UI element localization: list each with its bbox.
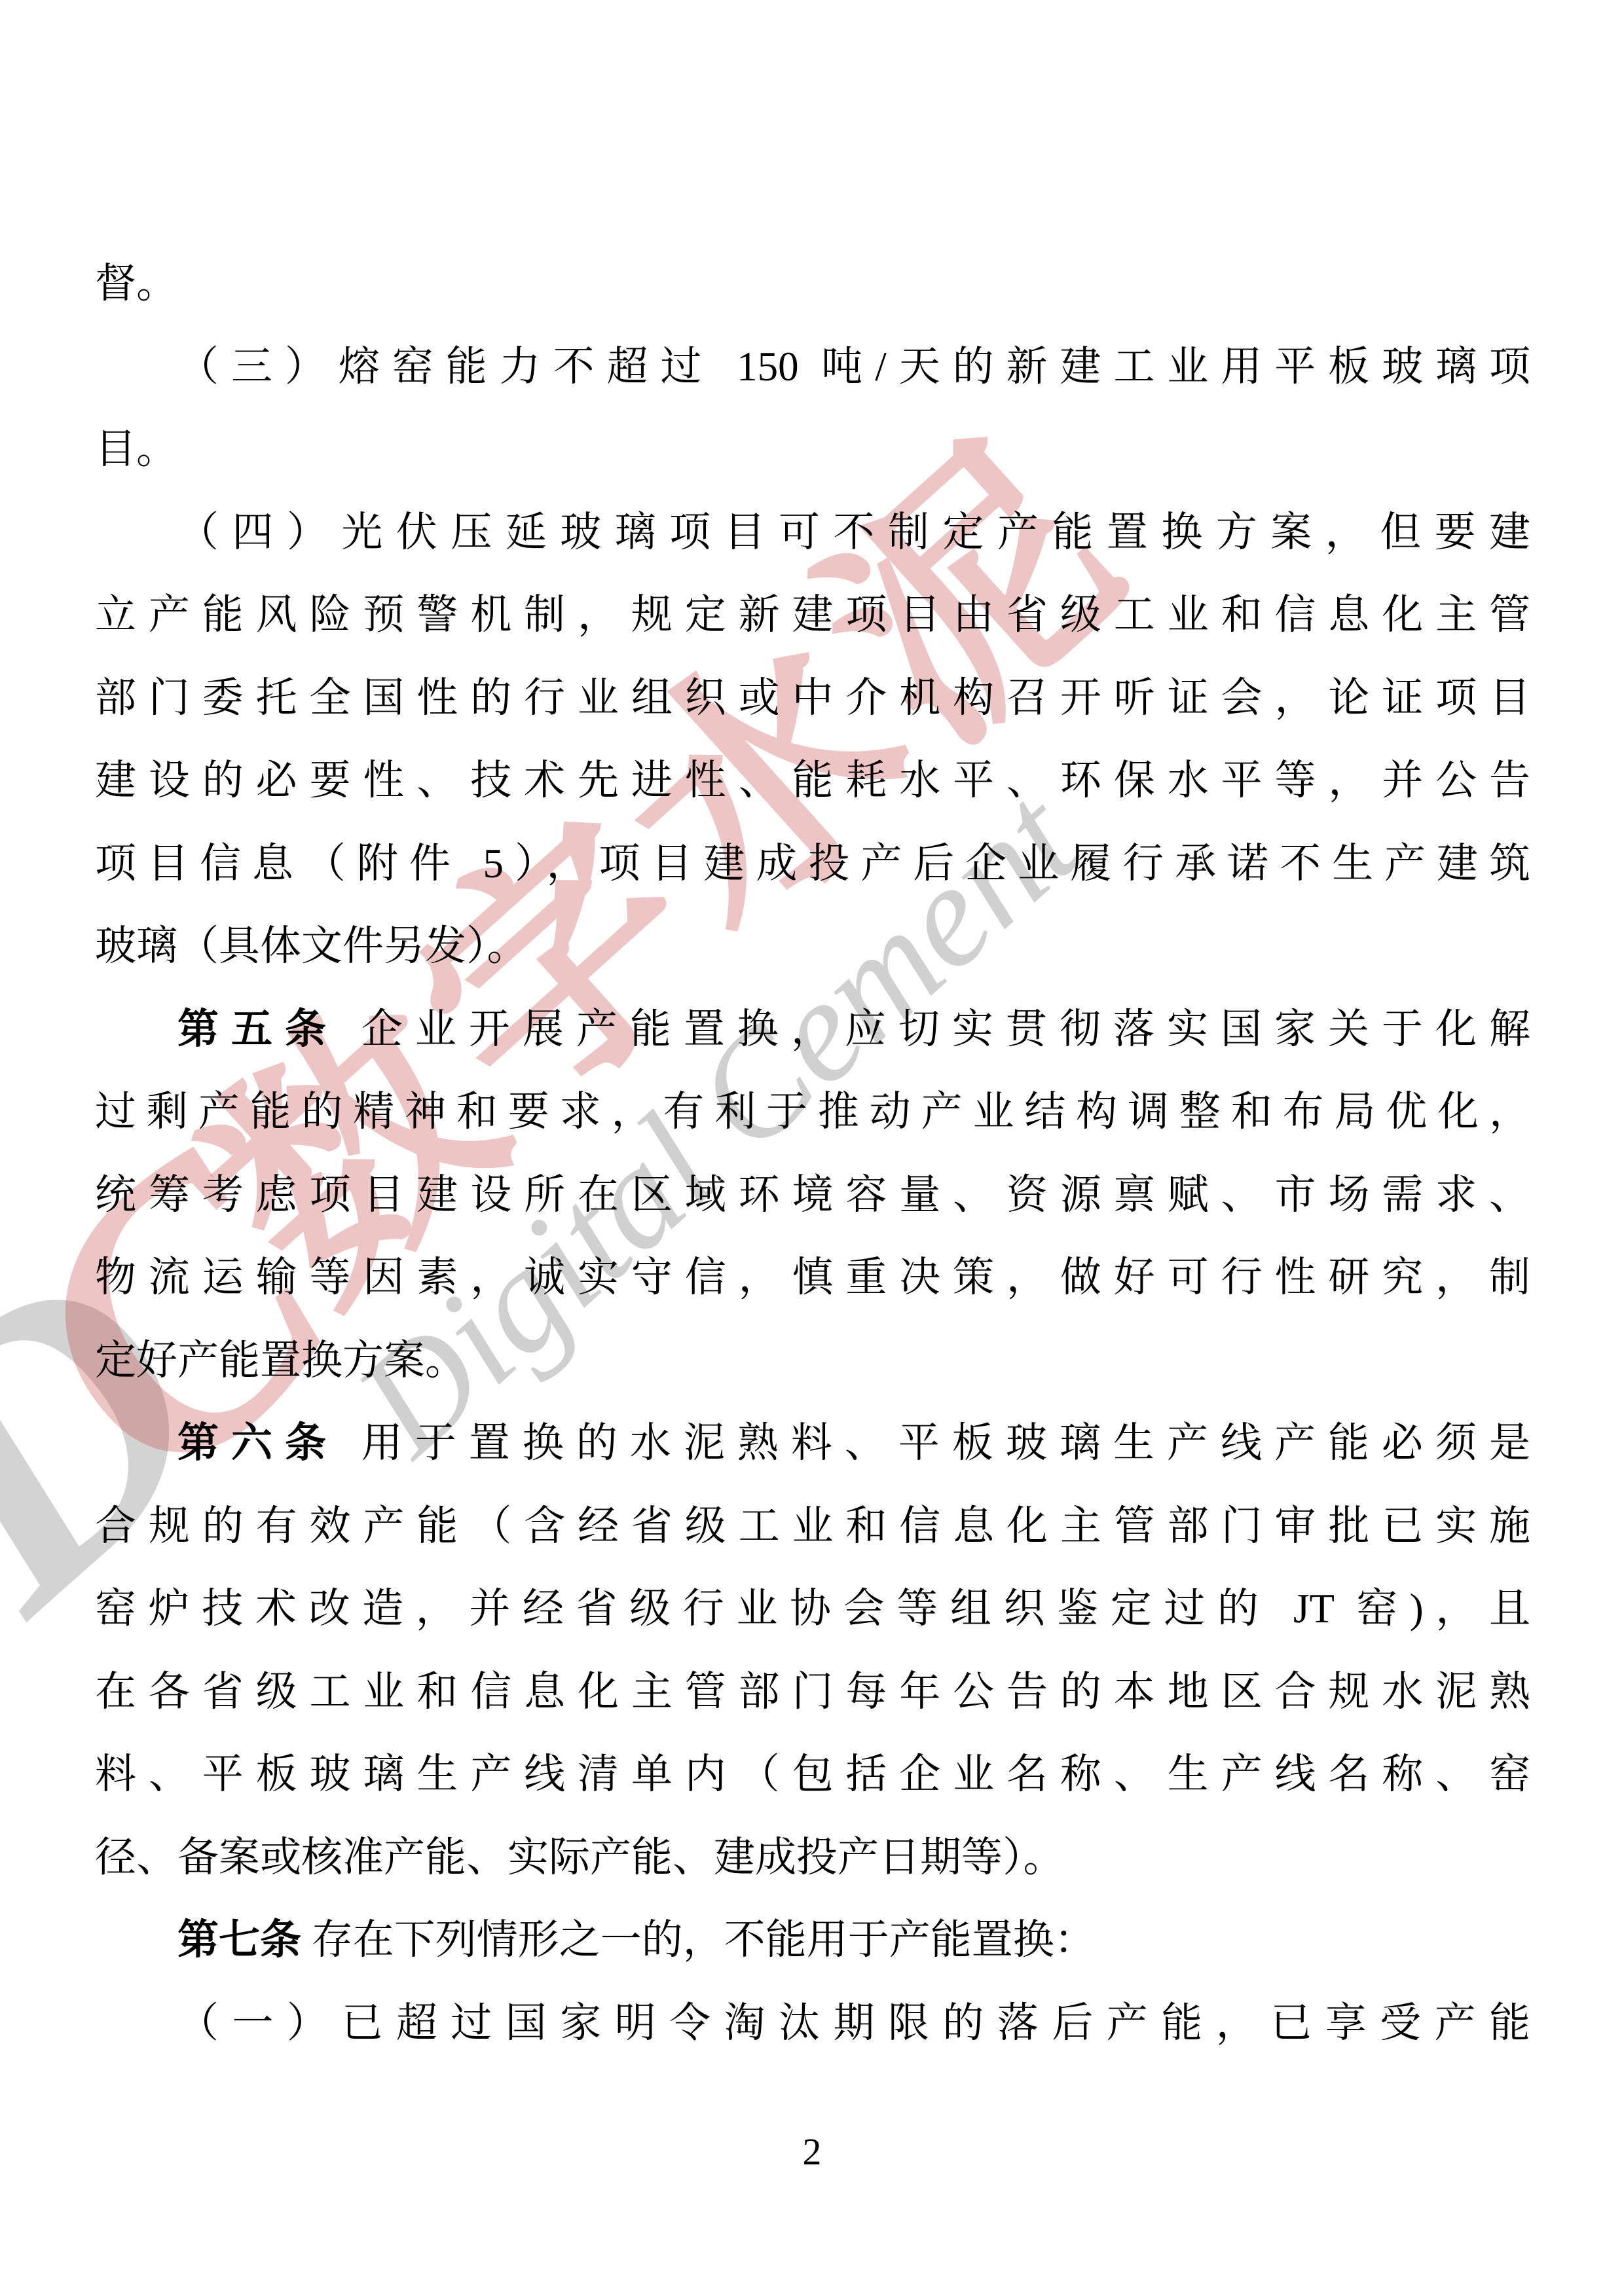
text-line: （三）熔窑能力不超过 150 吨/天的新建工业用平板玻璃项 <box>95 325 1530 409</box>
text-line: 督。 <box>95 242 1530 325</box>
text-line: 建设的必要性、技术先进性、能耗水平、环保水平等，并公告 <box>95 739 1530 822</box>
text-line: 第七条 存在下列情形之一的，不能用于产能置换： <box>95 1899 1530 1982</box>
text-line: 在各省级工业和信息化主管部门每年公告的本地区合规水泥熟 <box>95 1650 1530 1734</box>
text-line: 窑炉技术改造，并经省级行业协会等组织鉴定过的 JT 窑)，且 <box>95 1567 1530 1650</box>
text-line: 第六条 用于置换的水泥熟料、平板玻璃生产线产能必须是 <box>95 1402 1530 1485</box>
document-page: DC 数字水泥 Digital Cement 督。（三）熔窑能力不超过 150 … <box>0 0 1624 2296</box>
article-number: 第七条 <box>177 1917 301 1963</box>
text-line: 合规的有效产能（含经省级工业和信息化主管部门审批已实施 <box>95 1485 1530 1568</box>
document-body: 督。（三）熔窑能力不超过 150 吨/天的新建工业用平板玻璃项目。（四）光伏压延… <box>95 242 1530 2064</box>
text-line: 物流运输等因素，诚实守信，慎重决策，做好可行性研究，制 <box>95 1236 1530 1319</box>
text-line: 目。 <box>95 408 1530 491</box>
text-line: 第五条 企业开展产能置换，应切实贯彻落实国家关于化解 <box>95 988 1530 1071</box>
page-number: 2 <box>0 2129 1624 2175</box>
text-line: 玻璃（具体文件另发）。 <box>95 905 1530 988</box>
text-line: 立产能风险预警机制，规定新建项目由省级工业和信息化主管 <box>95 574 1530 657</box>
text-line: （四）光伏压延玻璃项目可不制定产能置换方案，但要建 <box>95 491 1530 574</box>
text-line: （一）已超过国家明令淘汰期限的落后产能，已享受产能 <box>95 1982 1530 2065</box>
text-line: 料、平板玻璃生产线清单内（包括企业名称、生产线名称、窑 <box>95 1733 1530 1816</box>
text-line: 项目信息（附件 5），项目建成投产后企业履行承诺不生产建筑 <box>95 822 1530 905</box>
article-number: 第五条 <box>177 1006 339 1052</box>
text-line: 径、备案或核准产能、实际产能、建成投产日期等）。 <box>95 1816 1530 1899</box>
text-line: 定好产能置换方案。 <box>95 1319 1530 1402</box>
text-line: 部门委托全国性的行业组织或中介机构召开听证会，论证项目 <box>95 657 1530 740</box>
text-line: 过剩产能的精神和要求，有利于推动产业结构调整和布局优化， <box>95 1070 1530 1154</box>
text-line: 统筹考虑项目建设所在区域环境容量、资源禀赋、市场需求、 <box>95 1154 1530 1237</box>
article-number: 第六条 <box>177 1420 339 1466</box>
